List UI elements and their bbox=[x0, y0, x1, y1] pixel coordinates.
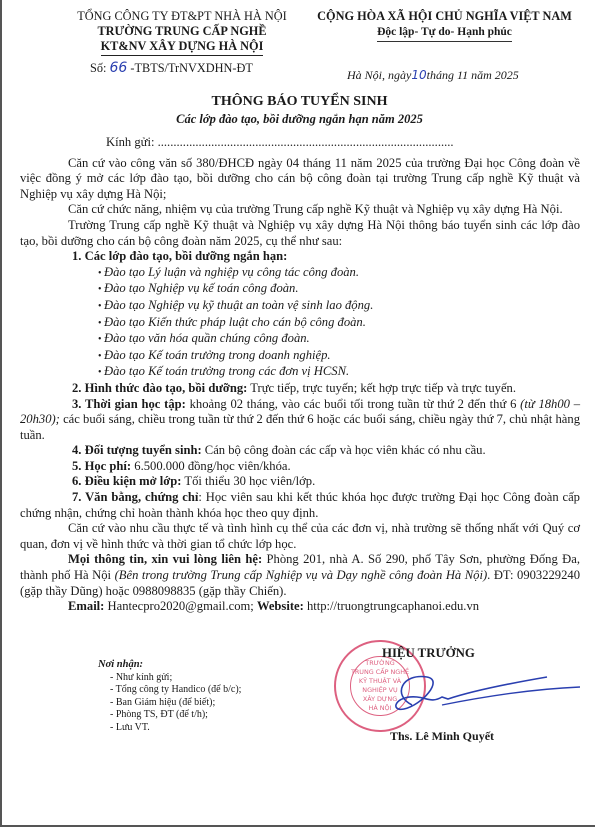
course-item: Đào tạo Nghiệp vụ kế toán công đoàn. bbox=[20, 281, 580, 298]
paragraph-basis-2: Căn cứ chức năng, nhiệm vụ của trường Tr… bbox=[20, 202, 580, 218]
recipient-item: - Ban Giám hiệu (để biết); bbox=[110, 697, 241, 710]
paragraph-announcement: Trường Trung cấp nghề Kỹ thuật và Nghiệp… bbox=[20, 218, 580, 249]
email-address[interactable]: Hantecpro2020@gmail.com; bbox=[104, 599, 257, 613]
recipients-heading: Nơi nhận: bbox=[98, 659, 241, 672]
section-1-heading: 1. Các lớp đào tạo, bồi dưỡng ngắn hạn: bbox=[20, 249, 580, 265]
document-date: Hà Nội, ngày10tháng 11 năm 2025 bbox=[347, 68, 519, 83]
document-subtitle: Các lớp đào tạo, bồi dưỡng ngắn hạn năm … bbox=[2, 112, 595, 127]
national-header: CỘNG HÒA XÃ HỘI CHỦ NGHĨA VIỆT NAM Độc l… bbox=[292, 9, 595, 42]
course-item: Đào tạo Kiến thức pháp luật cho cán bộ c… bbox=[20, 315, 580, 332]
date-day-handwritten: 10 bbox=[411, 68, 426, 82]
section-7: 7. Văn bằng, chứng chỉ: Học viên sau khi… bbox=[20, 490, 580, 521]
course-item: Đào tạo Kế toán trưởng trong các đơn vị … bbox=[20, 364, 580, 381]
doc-number-suffix: -TBTS/TrNVXDHN-ĐT bbox=[127, 61, 253, 75]
greeting: Kính gửi: ..............................… bbox=[20, 135, 580, 151]
document-body: Kính gửi: ..............................… bbox=[20, 135, 580, 615]
school-name-line2: KT&NV XÂY DỰNG HÀ NỘI bbox=[101, 39, 264, 56]
section-3-text2: các buổi sáng, chiều trong tuần từ thứ 2… bbox=[20, 412, 580, 442]
contact-online: Email: Hantecpro2020@gmail.com; Website:… bbox=[20, 599, 580, 615]
issuer-header: TỔNG CÔNG TY ĐT&PT NHÀ HÀ NỘI TRƯỜNG TRU… bbox=[62, 9, 302, 56]
section-4: 4. Đối tượng tuyển sinh: Cán bộ công đoà… bbox=[20, 443, 580, 459]
school-name-line1: TRƯỜNG TRUNG CẤP NGHỀ bbox=[62, 24, 302, 39]
section-2-label: 2. Hình thức đào tạo, bồi dưỡng: bbox=[72, 381, 247, 395]
parent-org: TỔNG CÔNG TY ĐT&PT NHÀ HÀ NỘI bbox=[62, 9, 302, 24]
course-item: Đào tạo Kế toán trưởng trong doanh nghiệ… bbox=[20, 348, 580, 365]
section-5-label: 5. Học phí: bbox=[72, 459, 131, 473]
section-6-label: 6. Điều kiện mở lớp: bbox=[72, 474, 181, 488]
handwritten-signature-icon bbox=[382, 665, 582, 725]
contact-label: Mọi thông tin, xin vui lòng liên hệ: bbox=[68, 552, 262, 566]
section-2: 2. Hình thức đào tạo, bồi dưỡng: Trực ti… bbox=[20, 381, 580, 397]
recipient-item: - Tổng công ty Handico (để b/c); bbox=[110, 684, 241, 697]
signer-name: Ths. Lê Minh Quyết bbox=[390, 729, 494, 744]
website-label: Website: bbox=[257, 599, 304, 613]
document-number: Số: 66 -TBTS/TrNVXDHN-ĐT bbox=[90, 60, 253, 76]
signer-title: HIỆU TRƯỞNG bbox=[382, 646, 475, 661]
date-suffix: tháng 11 năm 2025 bbox=[427, 68, 519, 82]
course-item: Đào tạo Lý luận và nghiệp vụ công tác cô… bbox=[20, 265, 580, 282]
section-6: 6. Điều kiện mở lớp: Tối thiểu 30 học vi… bbox=[20, 474, 580, 490]
section-4-label: 4. Đối tượng tuyển sinh: bbox=[72, 443, 202, 457]
document-title: THÔNG BÁO TUYỂN SINH bbox=[2, 94, 595, 110]
contact-paragraph: Mọi thông tin, xin vui lòng liên hệ: Phò… bbox=[20, 552, 580, 599]
recipients-block: Nơi nhận: - Như kính gửi; - Tổng công ty… bbox=[110, 659, 241, 735]
course-item: Đào tạo văn hóa quần chúng công đoàn. bbox=[20, 331, 580, 348]
section-5: 5. Học phí: 6.500.000 đồng/học viên/khóa… bbox=[20, 459, 580, 475]
doc-number-prefix: Số: bbox=[90, 61, 109, 75]
section-7-label: 7. Văn bằng, chứng chỉ bbox=[72, 490, 198, 504]
contact-address-note: (Bên trong trường Trung cấp Nghiệp vụ và… bbox=[115, 568, 488, 582]
closing-paragraph: Căn cứ vào nhu cầu thực tế và tình hình … bbox=[20, 521, 580, 552]
section-3-label: 3. Thời gian học tập: bbox=[72, 397, 186, 411]
recipient-item: - Như kính gửi; bbox=[110, 672, 241, 685]
section-3: 3. Thời gian học tập: khoảng 02 tháng, v… bbox=[20, 397, 580, 444]
doc-number-handwritten: 66 bbox=[109, 60, 127, 76]
date-prefix: Hà Nội, ngày bbox=[347, 68, 411, 82]
nation-name: CỘNG HÒA XÃ HỘI CHỦ NGHĨA VIỆT NAM bbox=[292, 9, 595, 24]
section-4-text: Cán bộ công đoàn các cấp và học viên khá… bbox=[202, 443, 486, 457]
recipient-item: - Lưu VT. bbox=[110, 722, 241, 735]
national-motto: Độc lập- Tự do- Hạnh phúc bbox=[377, 25, 512, 42]
website-link[interactable]: http://truongtrungcaphanoi.edu.vn bbox=[304, 599, 479, 613]
paragraph-basis-1: Căn cứ vào công văn số 380/ĐHCĐ ngày 04 … bbox=[20, 156, 580, 203]
section-6-text: Tối thiểu 30 học viên/lớp. bbox=[181, 474, 315, 488]
email-label: Email: bbox=[68, 599, 104, 613]
section-3-text1: khoảng 02 tháng, vào các buổi tối trong … bbox=[186, 397, 520, 411]
document-page: TỔNG CÔNG TY ĐT&PT NHÀ HÀ NỘI TRƯỜNG TRU… bbox=[0, 0, 595, 827]
section-2-text: Trực tiếp, trực tuyến; kết hợp trực tiếp… bbox=[247, 381, 516, 395]
section-5-text: 6.500.000 đồng/học viên/khóa. bbox=[131, 459, 291, 473]
recipient-item: - Phòng TS, ĐT (để t/h); bbox=[110, 709, 241, 722]
course-item: Đào tạo Nghiệp vụ kỹ thuật an toàn vệ si… bbox=[20, 298, 580, 315]
